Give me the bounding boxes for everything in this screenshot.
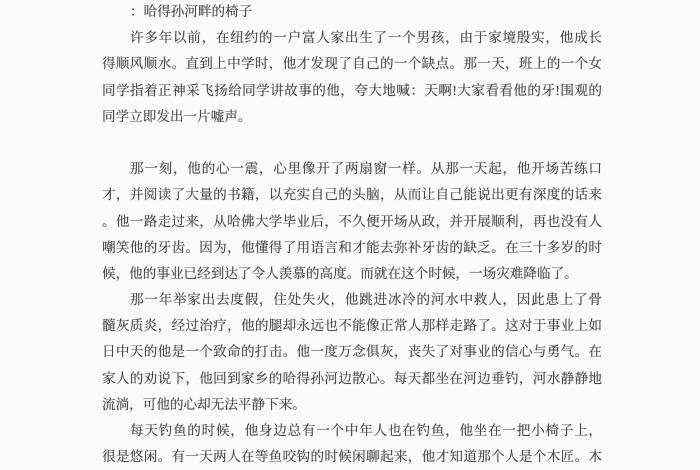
text-line: 候，他的事业已经到达了令人羡慕的高度。而就在这个时候，一场灾难降临了。 <box>102 261 602 287</box>
text-line: 髓灰质炎，经过治疗，他的腿却永远也不能像正常人那样走路了。这对于事业上如 <box>102 313 602 339</box>
text-line: 那一年举家出去度假，住处失火，他跳进冰冷的河水中救人，因此患上了骨 <box>102 287 602 313</box>
document-lines: 许多年以前，在纽约的一户富人家出生了一个男孩，由于家境殷实，他成长得顺风顺水。直… <box>102 25 602 470</box>
document-page: ：哈得孙河畔的椅子 许多年以前，在纽约的一户富人家出生了一个男孩，由于家境殷实，… <box>102 0 602 470</box>
text-line: 家人的劝说下，他回到家乡的哈得孙河边散心。每天都坐在河边垂钓，河水静静地 <box>102 366 602 392</box>
document-title: ：哈得孙河畔的椅子 <box>102 0 602 25</box>
text-line: 嘲笑他的牙齿。因为，他懂得了用语言和才能去弥补牙齿的缺乏。在三十多岁的时 <box>102 235 602 261</box>
text-line: 流淌，可他的心却无法平静下来。 <box>102 392 602 418</box>
text-line: 许多年以前，在纽约的一户富人家出生了一个男孩，由于家境殷实，他成长 <box>102 25 602 51</box>
text-line: 每天钓鱼的时候，他身边总有一个中年人也在钓鱼，他坐在一把小椅子上， <box>102 418 602 444</box>
blank-line <box>102 130 602 156</box>
text-line: 那一刻，他的心一震，心里像开了两扇窗一样。从那一天起，他开场苦练口 <box>102 156 602 182</box>
text-line: 同学指着正神采飞扬给同学讲故事的他，夸大地喊：天啊!大家看看他的牙!围观的 <box>102 78 602 104</box>
text-line: 才，并阅读了大量的书籍，以充实自己的头脑，从而让自己能说出更有深度的话来 <box>102 182 602 208</box>
text-line: 日中天的他是一个致命的打击。他一度万念俱灰，丧失了对事业的信心与勇气。在 <box>102 339 602 365</box>
text-line: 同学立即发出一片嘘声。 <box>102 104 602 130</box>
text-line: 得顺风顺水。直到上中学时，他才发现了自己的一个缺点。那一天，班上的一个女 <box>102 51 602 77</box>
text-line: 很是悠闲。有一天两人在等鱼咬钩的时候闲聊起来，他才知道那个人是个木匠。木 <box>102 444 602 470</box>
text-line: 。他一路走过来，从哈佛大学毕业后，不久便开场从政，并开展顺利，再也没有人 <box>102 209 602 235</box>
